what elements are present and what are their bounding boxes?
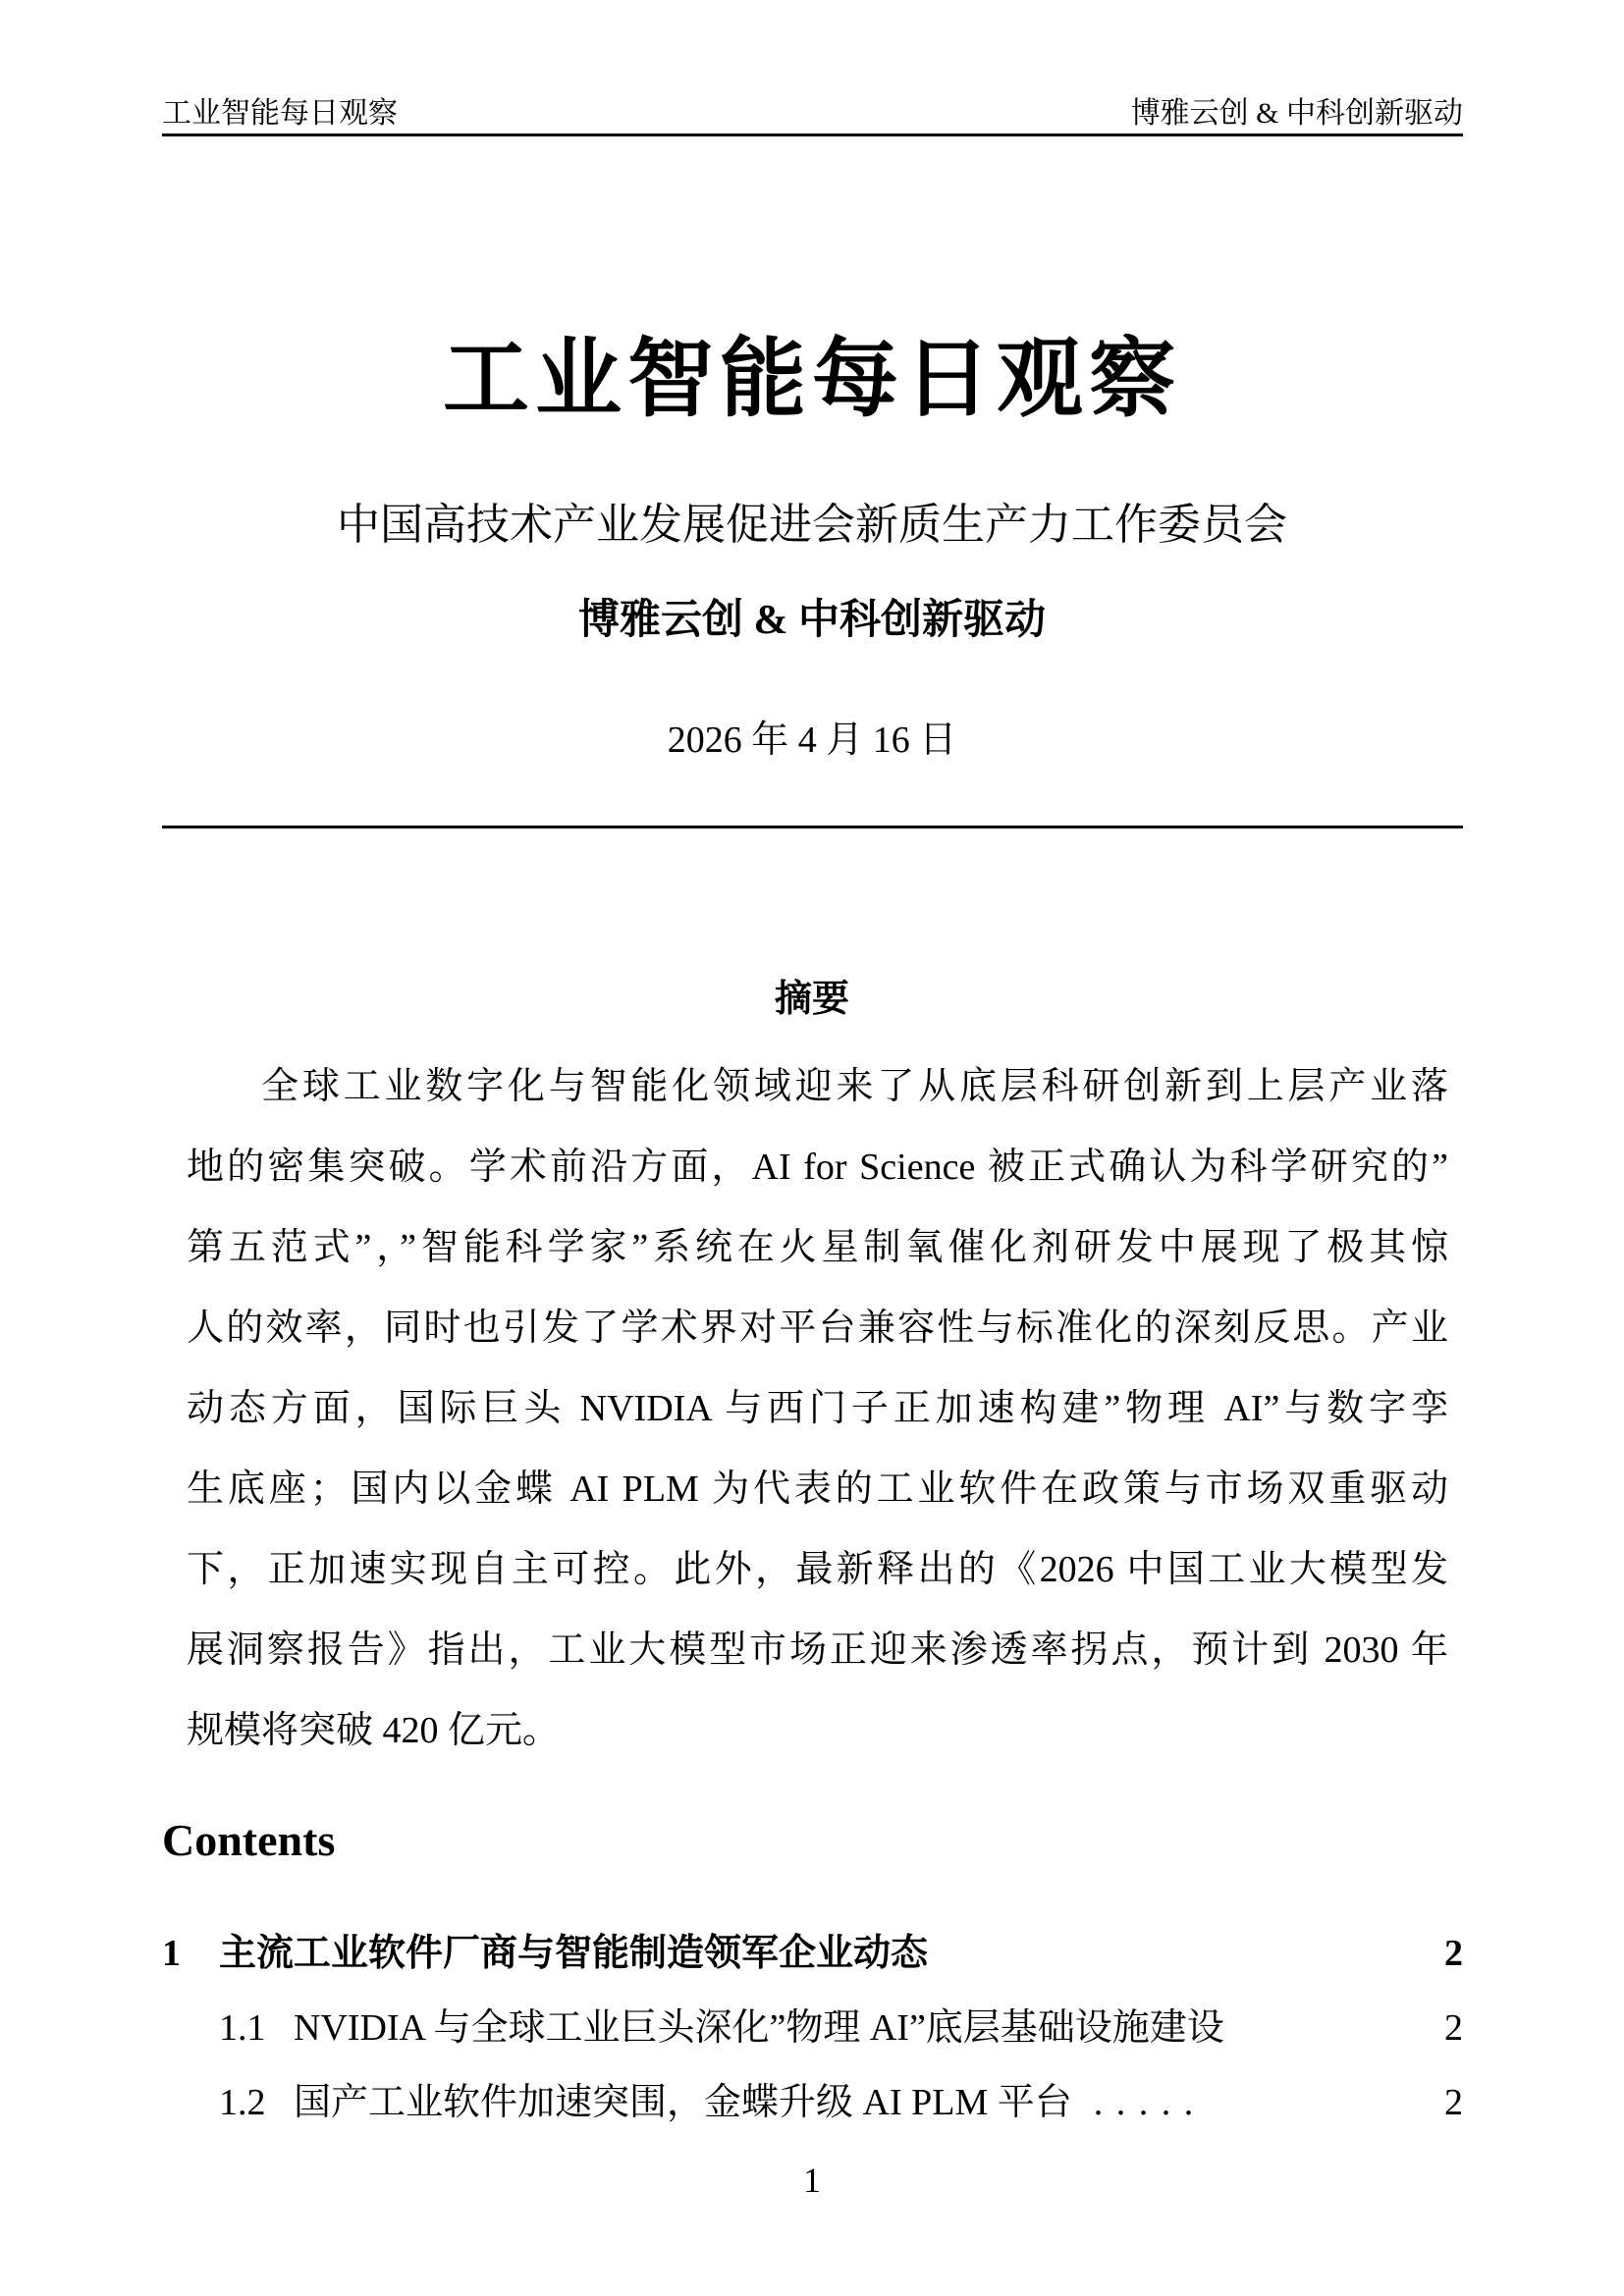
toc-entry-title: 主流工业软件厂商与智能制造领军企业动态 [219, 1922, 928, 1976]
toc-entry-subsection-1-1[interactable]: 1.1 NVIDIA 与全球工业巨头深化”物理 AI”底层基础设施建设 2 [162, 1997, 1463, 2071]
toc-entry-number: 1 [162, 1932, 219, 1975]
toc-entry-subsection-1-2[interactable]: 1.2 国产工业软件加速突围，金蝶升级 AI PLM 平台 . . . . . … [162, 2071, 1463, 2146]
table-of-contents: 1 主流工业软件厂商与智能制造领军企业动态 2 1.1 NVIDIA 与全球工业… [162, 1922, 1463, 2146]
running-header-left: 工业智能每日观察 [162, 88, 398, 132]
organization-subtitle: 中国高技术产业发展促进会新质生产力工作委员会 [0, 489, 1624, 552]
author-line: 博雅云创 & 中科创新驱动 [0, 587, 1624, 646]
date-line: 2026 年 4 月 16 日 [0, 709, 1624, 763]
toc-entry-page: 2 [1444, 2006, 1463, 2050]
abstract-line: 下，正加速实现自主可控。此外，最新释出的《2026 中国工业大模型发 [187, 1529, 1448, 1610]
abstract-line: 人的效率，同时也引发了学术界对平台兼容性与标准化的深刻反思。产业 [187, 1288, 1448, 1368]
running-header-right: 博雅云创 & 中科创新驱动 [1131, 88, 1463, 132]
toc-leader-dots: . . . . . [1094, 2081, 1196, 2124]
document-title: 工业智能每日观察 [0, 310, 1624, 434]
toc-entry-page: 2 [1444, 1932, 1463, 1975]
contents-heading: Contents [162, 1814, 335, 1866]
header-rule [162, 133, 1463, 136]
toc-entry-title: NVIDIA 与全球工业巨头深化”物理 AI”底层基础设施建设 [294, 1997, 1224, 2051]
abstract-paragraph: 全球工业数字化与智能化领域迎来了从底层科研创新到上层产业落 地的密集突破。学术前… [187, 1046, 1448, 1771]
toc-entry-title: 国产工业软件加速突围，金蝶升级 AI PLM 平台 [294, 2071, 1072, 2125]
abstract-heading: 摘要 [0, 968, 1624, 1022]
toc-entry-page: 2 [1444, 2081, 1463, 2124]
abstract-line: 展洞察报告》指出，工业大模型市场正迎来渗透率拐点，预计到 2030 年 [187, 1610, 1448, 1690]
document-page: 工业智能每日观察 博雅云创 & 中科创新驱动 工业智能每日观察 中国高技术产业发… [0, 0, 1624, 2296]
abstract-line: 地的密集突破。学术前沿方面，AI for Science 被正式确认为科学研究的… [187, 1127, 1448, 1207]
abstract-line: 生底座；国内以金蝶 AI PLM 为代表的工业软件在政策与市场双重驱动 [187, 1449, 1448, 1529]
abstract-line: 动态方面，国际巨头 NVIDIA 与西门子正加速构建”物理 AI”与数字孪 [187, 1368, 1448, 1449]
abstract-line: 全球工业数字化与智能化领域迎来了从底层科研创新到上层产业落 [187, 1046, 1448, 1127]
page-number: 1 [0, 2160, 1624, 2201]
abstract-line: 第五范式”，”智能科学家”系统在火星制氧催化剂研发中展现了极其惊 [187, 1207, 1448, 1288]
abstract-line: 规模将突破 420 亿元。 [187, 1690, 1448, 1771]
toc-entry-section-1[interactable]: 1 主流工业软件厂商与智能制造领军企业动态 2 [162, 1922, 1463, 1997]
toc-entry-number: 1.1 [219, 2006, 294, 2050]
divider-rule [162, 826, 1463, 828]
toc-entry-number: 1.2 [219, 2081, 294, 2124]
